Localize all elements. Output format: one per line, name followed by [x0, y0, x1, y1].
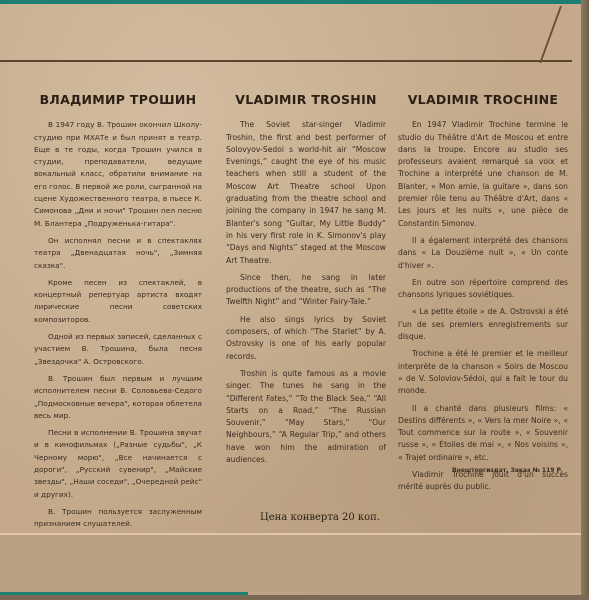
french-paragraph: « La petite étoile » de A. Ostrovski a é…	[398, 306, 568, 343]
french-paragraph: En 1947 Vladimir Trochine termine le stu…	[398, 119, 568, 230]
english-paragraph: Troshin is quite famous as a movie singe…	[226, 368, 386, 466]
russian-paragraph: В. Трошин пользуется заслуженным признан…	[34, 506, 202, 531]
russian-paragraph: Песни в исполнении В. Трошина звучат и в…	[34, 427, 202, 501]
russian-paragraph: В. Трошин был первым и лучшим исполнител…	[34, 373, 202, 422]
english-paragraph: He also sings lyrics by Soviet composers…	[226, 314, 386, 363]
sleeve-price: Цена конверта 20 коп.	[260, 512, 380, 523]
russian-column: ВЛАДИМИР ТРОШИН В 1947 году В. Трошин ок…	[34, 94, 202, 536]
russian-paragraph: В 1947 году В. Трошин окончил Школу-студ…	[34, 119, 202, 230]
french-title: VLADIMIR TROCHINE	[398, 94, 568, 106]
english-title: VLADIMIR TROSHIN	[226, 94, 386, 106]
russian-paragraph: Кроме песен из спектаклей, в концертный …	[34, 277, 202, 326]
teal-top-stripe	[0, 0, 581, 4]
top-flap-fold-line	[0, 60, 572, 62]
french-column: VLADIMIR TROCHINE En 1947 Vladimir Troch…	[398, 94, 568, 499]
french-paragraph: Trochine a été le premier et le meilleur…	[398, 348, 568, 397]
bottom-flap	[0, 535, 581, 592]
sleeve-right-edge	[581, 0, 589, 600]
french-paragraph: En outre son répertoire comprend des cha…	[398, 277, 568, 302]
russian-paragraph: Одной из первых записей, сделанных с уча…	[34, 331, 202, 368]
english-column: VLADIMIR TROSHIN The Soviet star-singer …	[226, 94, 386, 471]
publisher-imprint: Внешторгиздат. Заказ № 119 Р	[452, 467, 561, 474]
french-paragraph: Il a également interprété des chansons d…	[398, 235, 568, 272]
russian-title: ВЛАДИМИР ТРОШИН	[34, 94, 202, 106]
french-paragraph: Il a chanté dans plusieurs films: « Dest…	[398, 403, 568, 464]
english-paragraph: The Soviet star-singer Vladimir Troshin,…	[226, 119, 386, 267]
russian-paragraph: Он исполнял песни и в спектаклях театра …	[34, 235, 202, 272]
english-paragraph: Since then, he sang in later productions…	[226, 272, 386, 309]
sleeve-bottom-edge	[0, 595, 589, 600]
